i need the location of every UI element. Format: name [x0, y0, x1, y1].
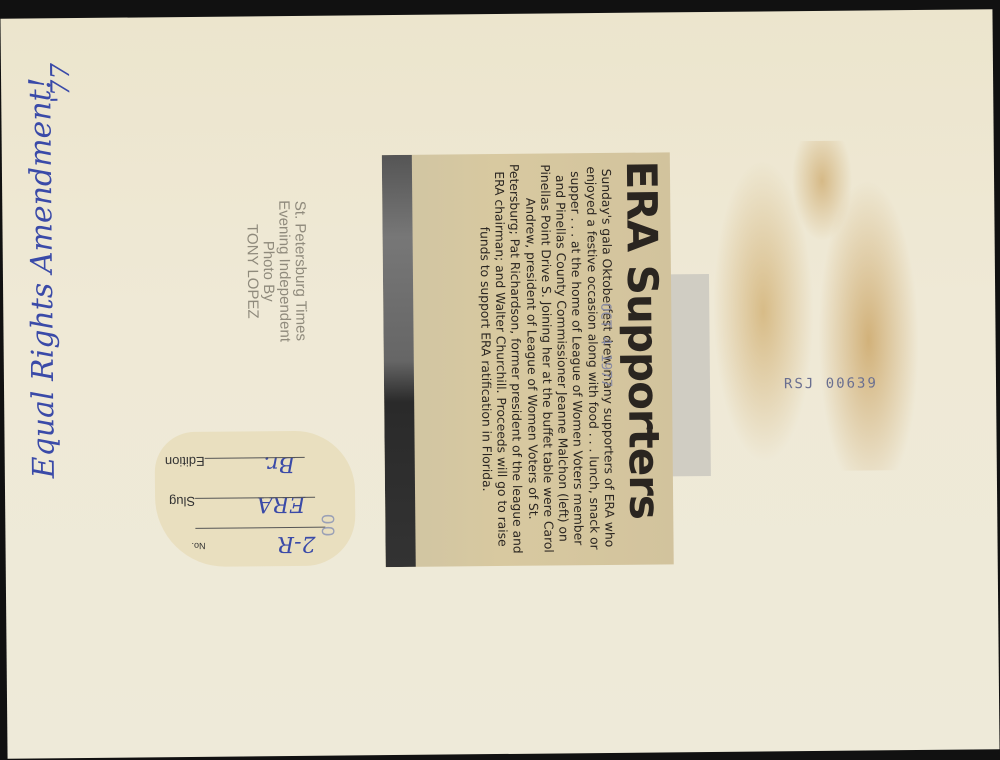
stamp-line-4: TONY LOPEZ [243, 171, 261, 371]
date-stamp: OCT 4 1977 [597, 303, 614, 387]
slip-no-value: 2-R [277, 531, 315, 556]
photo-credit-stamp: St. Petersburg Times Evening Independent… [217, 171, 309, 372]
clipping-text-block: ERA Supporters Sunday's gala Oktoberfest… [382, 152, 674, 565]
slip-edition-value: Br. [263, 451, 295, 476]
slip-slug-label: Slug [169, 494, 195, 509]
stamp-line-2: Evening Independent [275, 171, 293, 371]
handwritten-caption: Equal Rights Amendment! [23, 58, 67, 478]
clipping-headline: ERA Supporters [617, 160, 670, 562]
adhesive-tape [667, 274, 711, 476]
photo-back-paper: Equal Rights Amendment! '77 St. Petersbu… [0, 9, 999, 758]
newspaper-clipping: ERA Supporters Sunday's gala Oktoberfest… [382, 152, 674, 567]
slip-line [195, 527, 325, 529]
clipping-body: Sunday's gala Oktoberfest drew many supp… [475, 163, 616, 554]
stamp-line-3: Photo By [259, 171, 277, 371]
bleed-through-text: RSJ 00639 [784, 375, 878, 392]
slip-stamp-digits: 00 [317, 514, 338, 538]
stamp-line-1: St. Petersburg Times [291, 171, 309, 371]
slip-no-label: No. [191, 541, 205, 551]
slip-slug-value: ERA [257, 491, 306, 516]
routing-slip: No. 2-R Slug ERA Edition Br. [154, 430, 355, 567]
slip-edition-label: Edition [165, 454, 205, 469]
water-stain [692, 140, 935, 472]
handwritten-year: '77 [46, 63, 76, 104]
